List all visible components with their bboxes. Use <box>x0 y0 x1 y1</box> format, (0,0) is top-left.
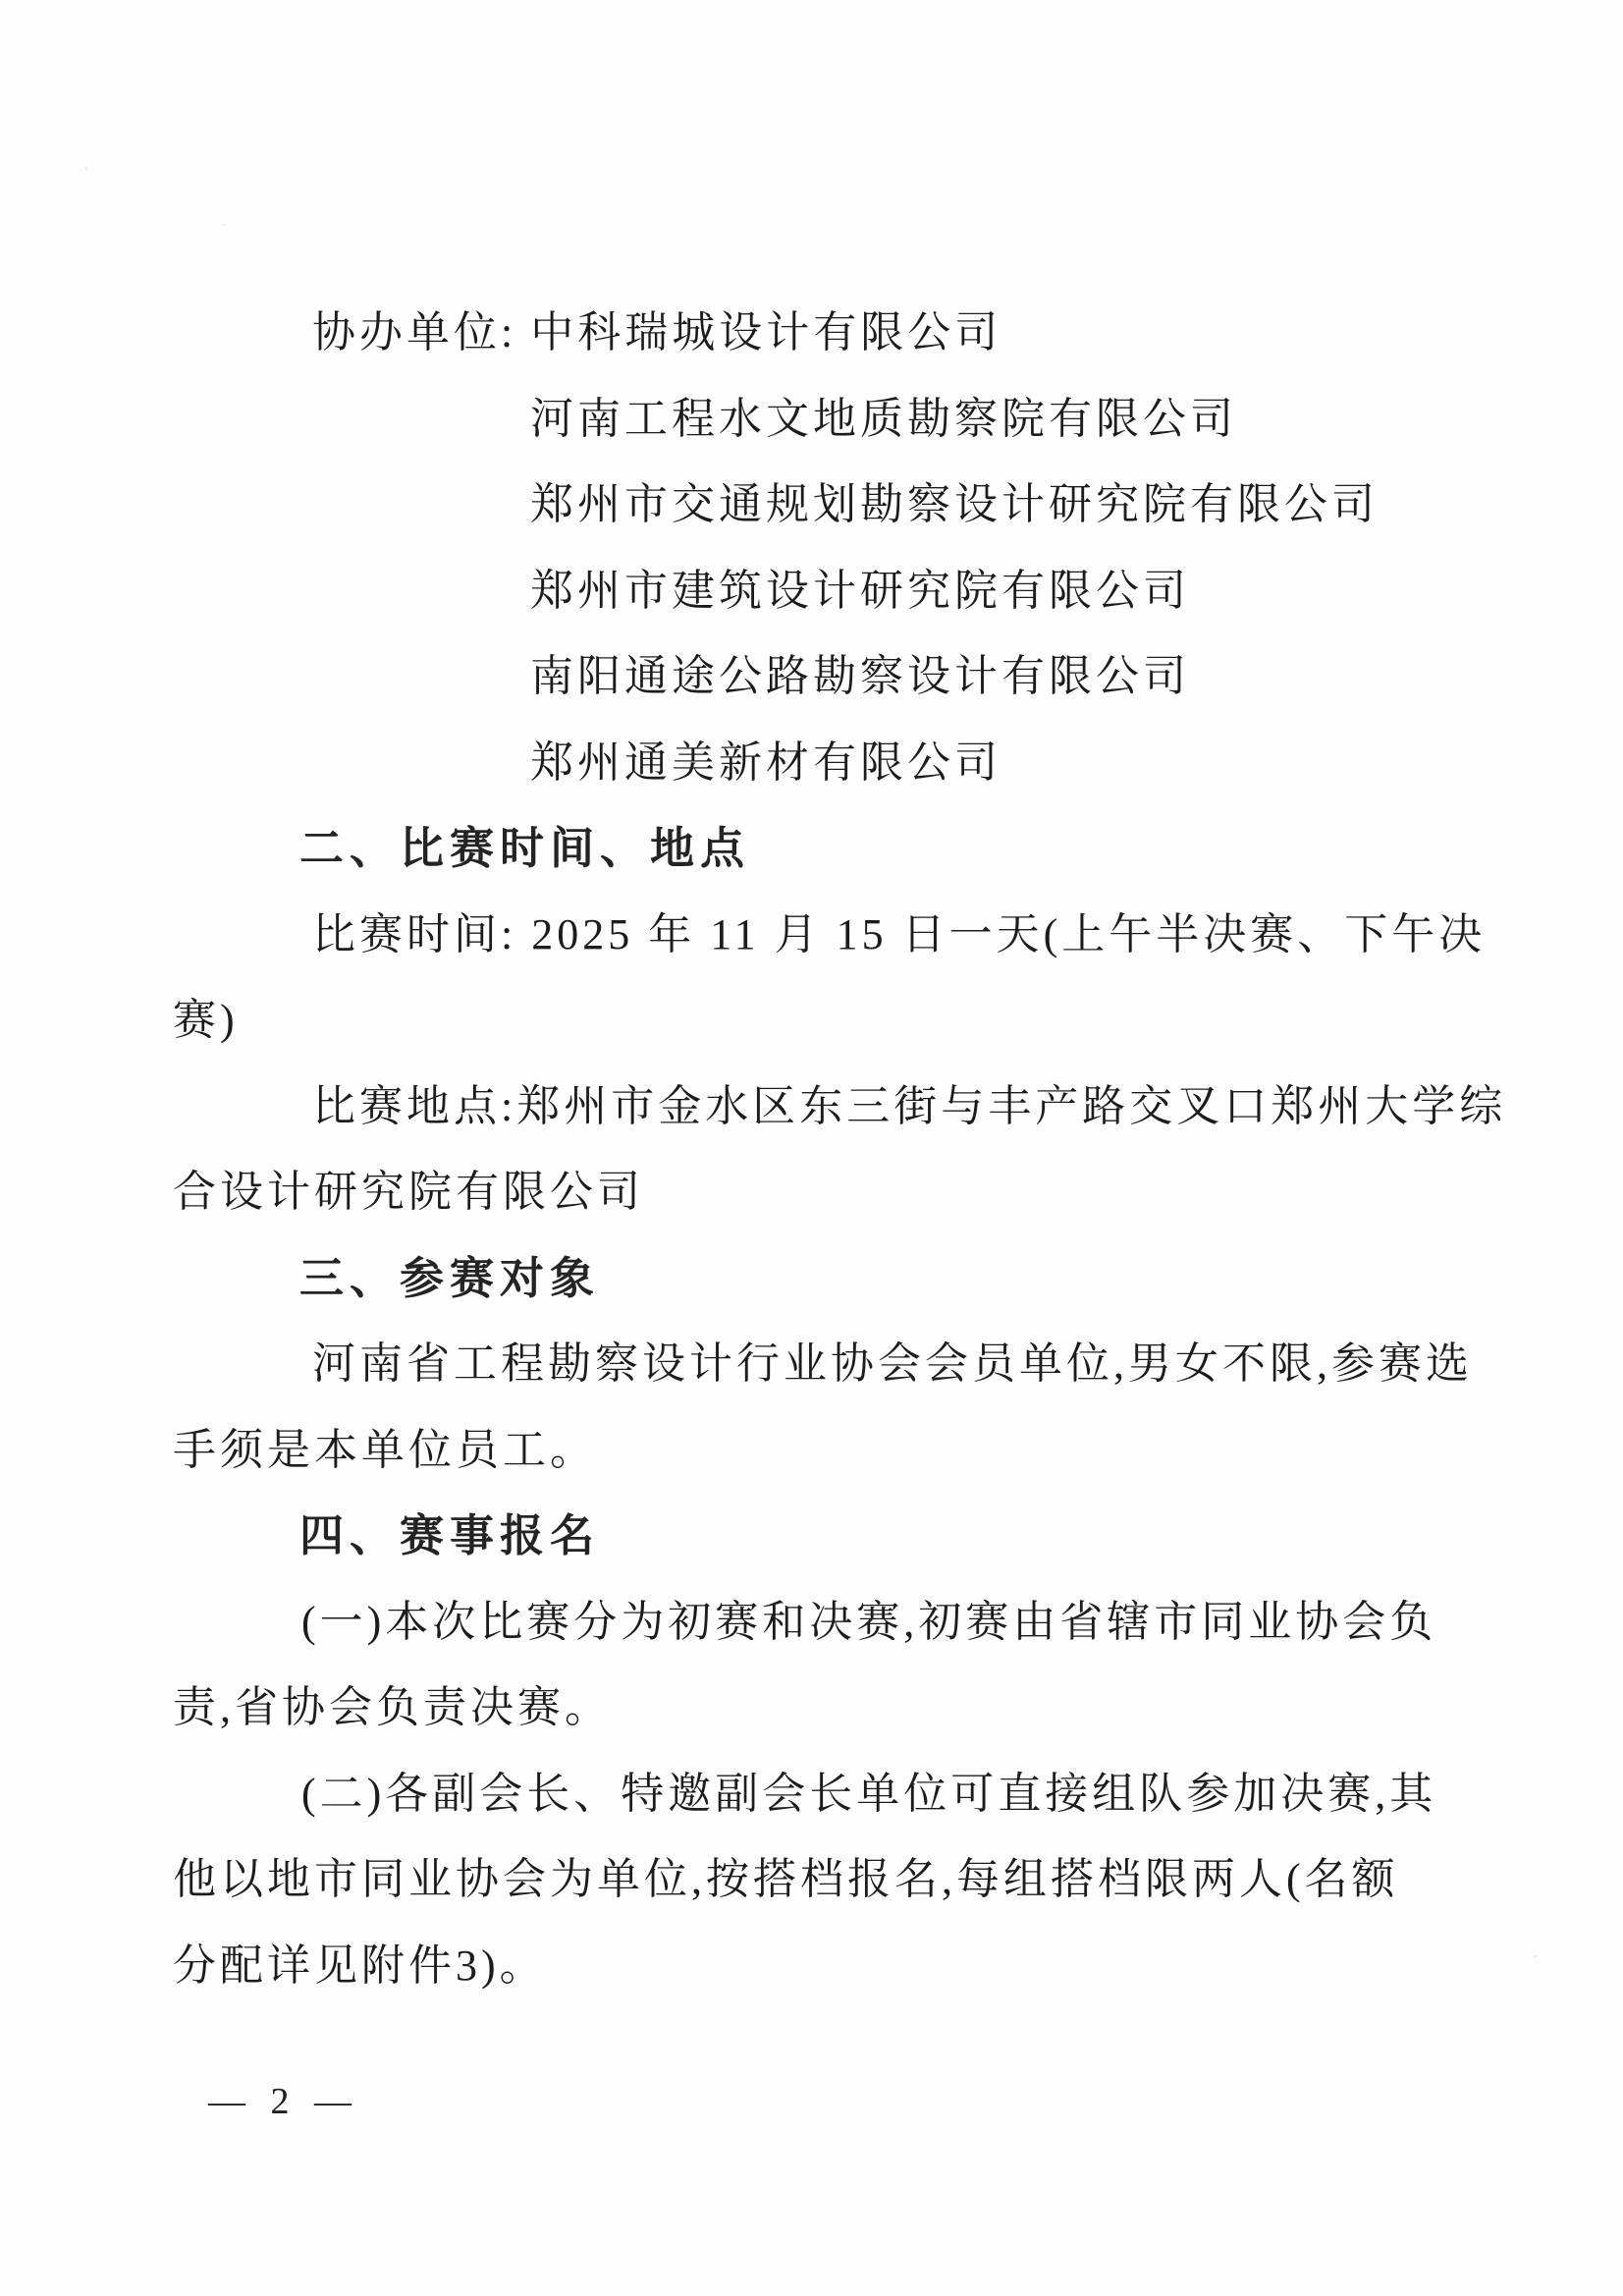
body-line-registration-2-end: 分配详见附件3)。 <box>173 1941 547 1991</box>
body-line-match-place-wrap: 合设计研究院有限公司 <box>173 1168 644 1217</box>
section-heading-registration: 四、赛事报名 <box>299 1511 600 1560</box>
scan-speck <box>222 224 225 226</box>
co-organizer-company: 河南工程水文地质勘察院有限公司 <box>530 395 1237 444</box>
co-organizer-company: 中科瑞城设计有限公司 <box>530 308 1001 357</box>
body-line-participants-wrap: 手须是本单位员工。 <box>173 1426 597 1475</box>
co-organizer-company: 郑州通美新材有限公司 <box>530 738 1001 788</box>
body-line-registration-1: (一)本次比赛分为初赛和决赛,初赛由省辖市同业协会负 <box>301 1598 1436 1647</box>
body-line-registration-2-wrap: 他以地市同业协会为单位,按搭档报名,每组搭档限两人(名额 <box>173 1855 1399 1904</box>
page-number: — 2 — <box>208 2080 359 2123</box>
document-page: 协办单位:中科瑞城设计有限公司 河南工程水文地质勘察院有限公司 郑州市交通规划勘… <box>0 0 1623 2296</box>
body-line-match-time: 比赛时间: 2025 年 11 月 15 日一天(上午半决赛、下午决 <box>312 910 1486 959</box>
body-line-match-time-wrap: 赛) <box>173 996 239 1045</box>
body-line-registration-2: (二)各副会长、特邀副会长单位可直接组队参加决赛,其 <box>301 1770 1436 1819</box>
body-line-match-place: 比赛地点:郑州市金水区东三街与丰产路交叉口郑州大学综 <box>312 1082 1506 1131</box>
scan-speck <box>84 167 87 170</box>
section-heading-time-place: 二、比赛时间、地点 <box>299 824 750 873</box>
co-organizer-company: 郑州市交通规划勘察设计研究院有限公司 <box>530 480 1379 529</box>
body-line-participants: 河南省工程勘察设计行业协会会员单位,男女不限,参赛选 <box>312 1339 1473 1389</box>
co-organizer-line: 协办单位:中科瑞城设计有限公司 <box>312 308 1001 357</box>
scan-speck <box>1534 1955 1537 1958</box>
co-organizer-company: 南阳通途公路勘察设计有限公司 <box>530 652 1190 701</box>
co-organizer-company: 郑州市建筑设计研究院有限公司 <box>530 567 1190 616</box>
co-organizer-label: 协办单位: <box>312 308 516 356</box>
section-heading-participants: 三、参赛对象 <box>299 1254 600 1303</box>
body-line-registration-1-wrap: 责,省协会负责决赛。 <box>173 1683 612 1732</box>
